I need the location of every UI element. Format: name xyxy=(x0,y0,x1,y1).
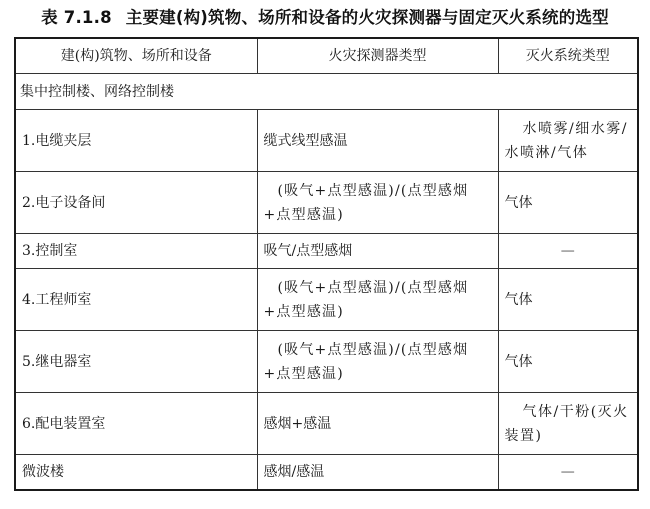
system-cell: — xyxy=(498,234,638,269)
detector-cell: (吸气+点型感温)/(点型感烟+点型感温) xyxy=(257,172,498,234)
system-cell: 水喷雾/细水雾/水喷淋/气体 xyxy=(498,110,638,172)
item-cell: 6.配电装置室 xyxy=(15,393,257,455)
table-row: 4.工程师室 (吸气+点型感温)/(点型感烟+点型感温) 气体 xyxy=(15,269,638,331)
system-cell: 气体 xyxy=(498,331,638,393)
detector-cell: 吸气/点型感烟 xyxy=(257,234,498,269)
item-cell: 2.电子设备间 xyxy=(15,172,257,234)
header-detector: 火灾探测器类型 xyxy=(257,38,498,74)
system-cell: 气体/干粉(灭火装置) xyxy=(498,393,638,455)
item-cell: 5.继电器室 xyxy=(15,331,257,393)
section-title: 集中控制楼、网络控制楼 xyxy=(15,74,638,110)
header-system: 灭火系统类型 xyxy=(498,38,638,74)
table-caption: 表 7.1.8主要建(构)筑物、场所和设备的火灾探测器与固定灭火系统的选型 xyxy=(0,4,650,28)
detector-cell: 感烟/感温 xyxy=(257,455,498,491)
table-row: 5.继电器室 (吸气+点型感温)/(点型感烟+点型感温) 气体 xyxy=(15,331,638,393)
item-cell: 1.电缆夹层 xyxy=(15,110,257,172)
table-row: 3.控制室 吸气/点型感烟 — xyxy=(15,234,638,269)
item-cell: 4.工程师室 xyxy=(15,269,257,331)
table-title: 主要建(构)筑物、场所和设备的火灾探测器与固定灭火系统的选型 xyxy=(126,8,609,27)
system-cell: — xyxy=(498,455,638,491)
section-row: 集中控制楼、网络控制楼 xyxy=(15,74,638,110)
header-row: 建(构)筑物、场所和设备 火灾探测器类型 灭火系统类型 xyxy=(15,38,638,74)
table-row: 2.电子设备间 (吸气+点型感温)/(点型感烟+点型感温) 气体 xyxy=(15,172,638,234)
detector-cell: (吸气+点型感温)/(点型感烟+点型感温) xyxy=(257,331,498,393)
detector-cell: 缆式线型感温 xyxy=(257,110,498,172)
table-row: 微波楼 感烟/感温 — xyxy=(15,455,638,491)
item-cell: 微波楼 xyxy=(15,455,257,491)
table-number: 表 7.1.8 xyxy=(41,8,112,27)
system-cell: 气体 xyxy=(498,269,638,331)
detector-cell: 感烟+感温 xyxy=(257,393,498,455)
selection-table: 建(构)筑物、场所和设备 火灾探测器类型 灭火系统类型 集中控制楼、网络控制楼 … xyxy=(14,37,639,491)
detector-cell: (吸气+点型感温)/(点型感烟+点型感温) xyxy=(257,269,498,331)
item-cell: 3.控制室 xyxy=(15,234,257,269)
table-row: 1.电缆夹层 缆式线型感温 水喷雾/细水雾/水喷淋/气体 xyxy=(15,110,638,172)
header-building: 建(构)筑物、场所和设备 xyxy=(15,38,257,74)
table-row: 6.配电装置室 感烟+感温 气体/干粉(灭火装置) xyxy=(15,393,638,455)
system-cell: 气体 xyxy=(498,172,638,234)
